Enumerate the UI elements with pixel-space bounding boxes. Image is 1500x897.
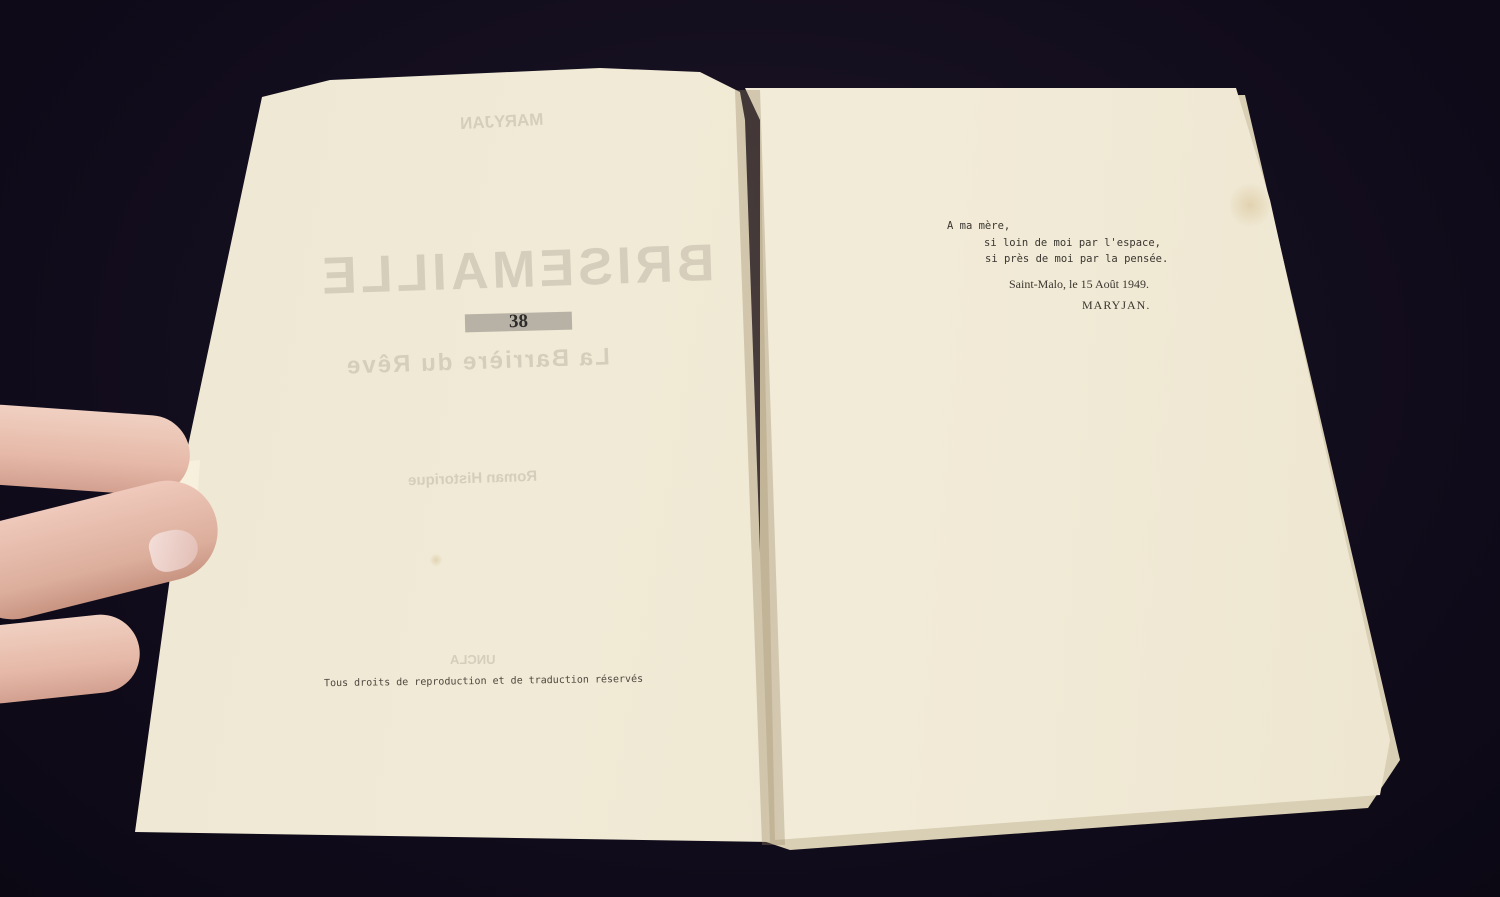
hand bbox=[0, 0, 1500, 897]
photo-scene: MARYJAN BRISEMAILLE La Barrière du Rêve … bbox=[0, 0, 1500, 897]
middle-finger bbox=[0, 611, 144, 707]
